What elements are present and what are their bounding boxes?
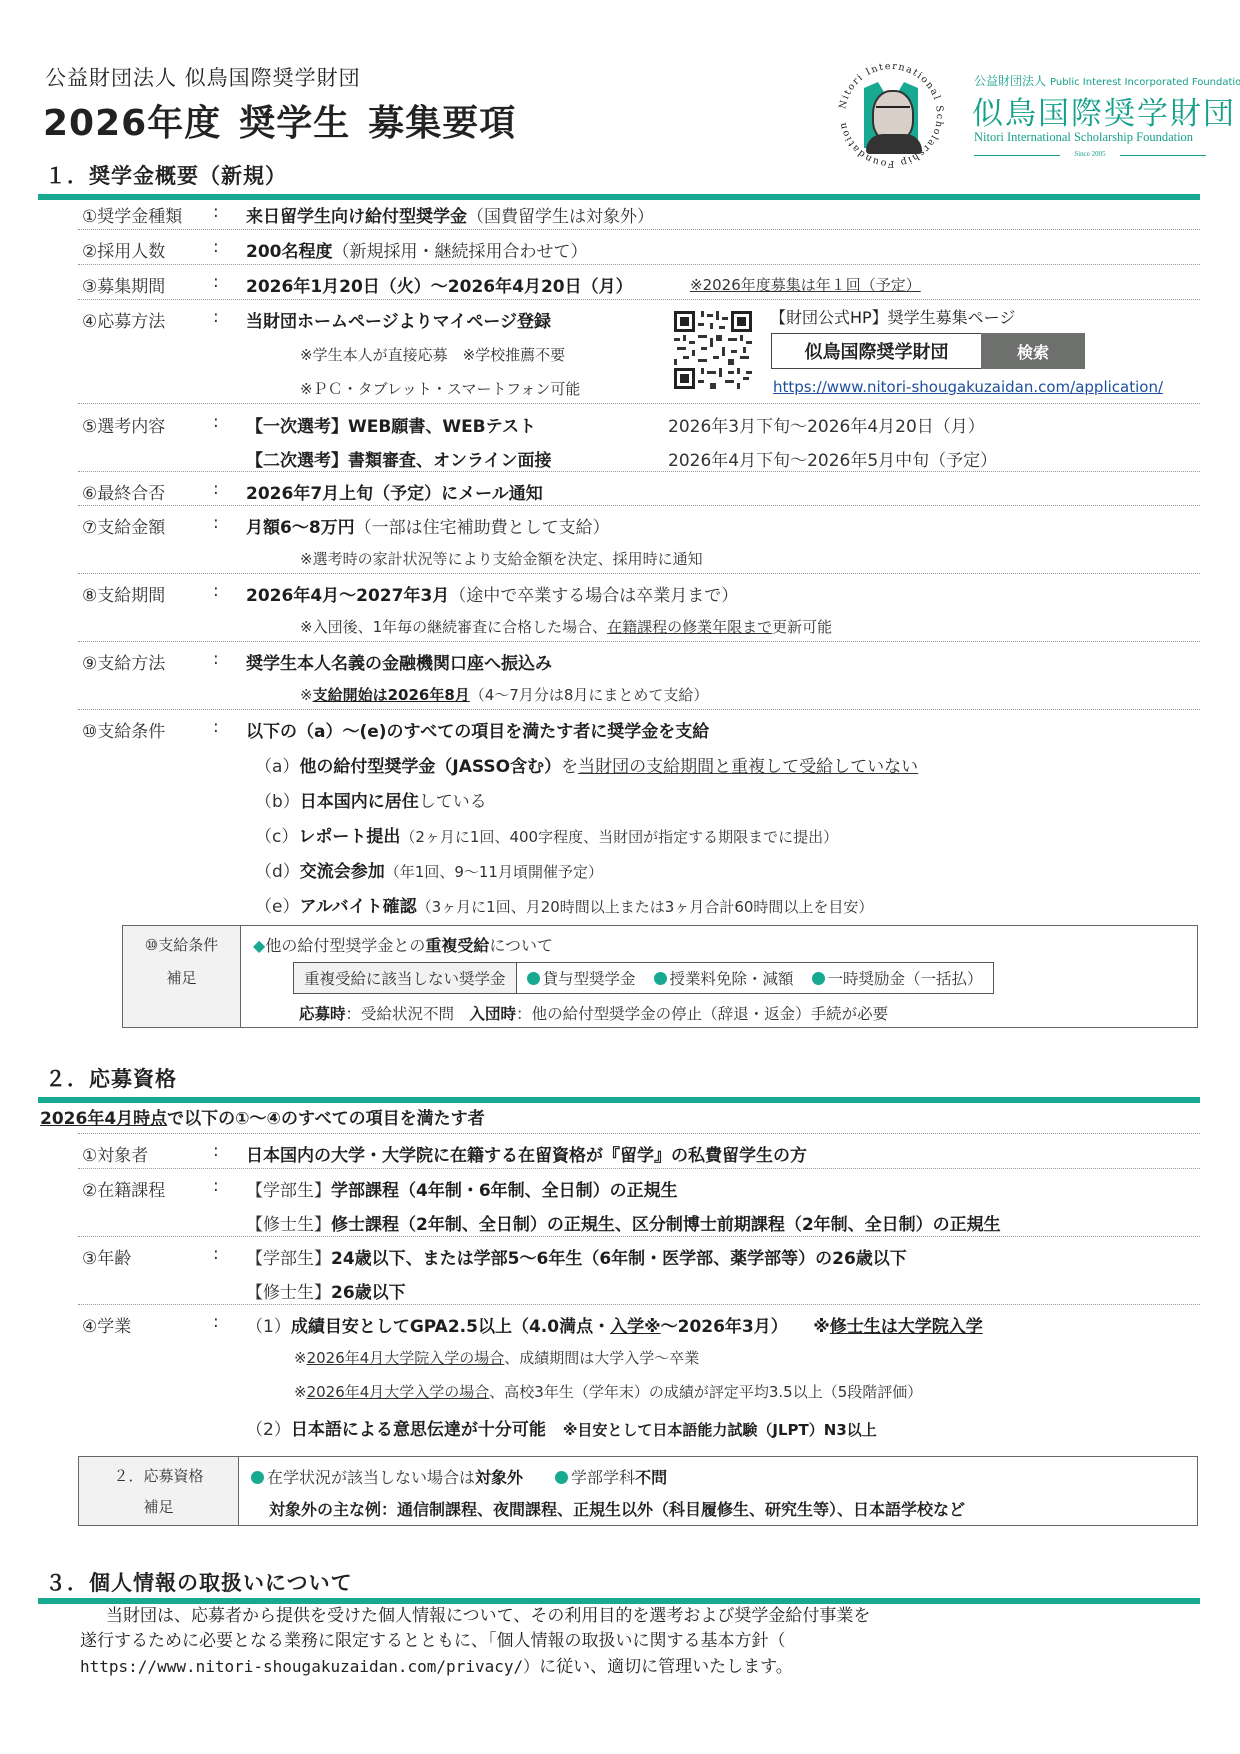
qr-code-icon[interactable] xyxy=(674,311,752,389)
row-note: （新規採用・継続採用合わせて） xyxy=(333,242,588,262)
non-duplicate-header: 重複受給に該当しない奨学金 xyxy=(294,963,517,993)
condition-title: 日本国内に居住 xyxy=(300,792,419,812)
condition-text: している xyxy=(419,792,487,812)
search-button[interactable]: 検索 xyxy=(981,333,1085,369)
row-note: ※2026年度募集は年１回（予定） xyxy=(690,274,921,295)
logo-subtitle: 公益財団法人Public Interest Incorporated Found… xyxy=(974,72,1240,89)
official-hp-label: 【財団公式HP】奨学生募集ページ xyxy=(770,305,1015,328)
condition-e: （e）アルバイト確認（3ヶ月に1回、月20時間以上または3ヶ月合計60時間以上を… xyxy=(255,892,1240,917)
condition-id: （e） xyxy=(255,897,299,917)
dotted-divider xyxy=(78,1236,1200,1237)
row-note: ※学生本人が直接応募 ※学校推薦不要 xyxy=(300,344,565,365)
dotted-divider xyxy=(78,573,1200,574)
dotted-divider xyxy=(78,299,1200,300)
section-3-title: ３．個人情報の取扱いについて xyxy=(45,1567,353,1597)
row-label: ①奨学金種類 xyxy=(82,202,182,227)
condition-title: 交流会参加 xyxy=(300,862,385,882)
privacy-url-link[interactable]: https://www.nitori-shougakuzaidan.com/pr… xyxy=(80,1657,539,1676)
diamond-bullet-icon: ◆ xyxy=(253,936,265,955)
row-colon: : xyxy=(213,649,219,669)
selection-stage-2: 【二次選考】書類審査、オンライン面接 xyxy=(246,446,552,471)
supplement-label: ⑩支給条件 補足 xyxy=(123,926,241,1027)
academic-item-2: （2）日本語による意思伝達が十分可能 ※目安として日本語能力試験（JLPT）N3… xyxy=(246,1415,877,1440)
condition-title: レポート提出 xyxy=(298,827,400,847)
portrait-suit xyxy=(866,134,922,154)
row-note: （国費留学生は対象外） xyxy=(467,207,654,227)
condition-text: を xyxy=(561,757,578,777)
row-value: 以下の（a）～(e)のすべての項目を満たす者に奨学金を支給 xyxy=(246,717,709,742)
supplement-label-line1: ⑩支給条件 xyxy=(123,934,240,955)
supplement-label-line2: 補足 xyxy=(123,967,240,988)
title-guideline: 募集要項 xyxy=(368,103,516,144)
condition-title: 他の給付型奨学金（JASSO含む） xyxy=(299,757,561,777)
non-duplicate-item: 授業料免除・減額 xyxy=(654,967,794,989)
organization-name: 公益財団法人 似鳥国際奨学財団 xyxy=(45,62,361,92)
row-label: ⑤選考内容 xyxy=(82,412,165,437)
row-label: ③募集期間 xyxy=(82,272,165,297)
row-label: ⑨支給方法 xyxy=(82,649,165,674)
row-value: 当財団ホームページよりマイページ登録 xyxy=(246,312,551,332)
supplement-heading: ◆他の給付型奨学金との重複受給について xyxy=(253,933,553,956)
bullet-dot-icon xyxy=(527,972,540,985)
row-subnote: ※選考時の家計状況等により支給金額を決定、採用時に通知 xyxy=(300,548,703,569)
supplement-label: ２．応募資格 補足 xyxy=(79,1457,239,1525)
row-colon: : xyxy=(213,479,219,499)
condition-c: （c）レポート提出（2ヶ月に1回、400字程度、当財団が指定する期限までに提出） xyxy=(255,822,1240,847)
condition-underline: 当財団の支給期間と重複して受給していない xyxy=(578,757,918,777)
page-title: 2026年度奨学生募集要項 xyxy=(43,95,534,146)
supplement-label-line1: ２．応募資格 xyxy=(79,1465,238,1486)
dotted-divider xyxy=(78,505,1200,506)
row-colon: : xyxy=(213,581,219,601)
row-colon: : xyxy=(213,1176,219,1196)
condition-d: （d）交流会参加（年1回、9～11月頃開催予定） xyxy=(255,857,1240,882)
search-input[interactable]: 似鳥国際奨学財団 xyxy=(771,333,981,369)
title-scholar: 奨学生 xyxy=(239,103,350,144)
condition-id: （c） xyxy=(255,827,298,847)
row-label: ①対象者 xyxy=(82,1141,148,1166)
condition-text: （年1回、9～11月頃開催予定） xyxy=(385,863,603,881)
selection-stage-2-date: 2026年4月下旬～2026年5月中旬（予定） xyxy=(668,446,997,471)
academic-item-1: （1）成績目安としてGPA2.5以上（4.0満点・入学※～2026年3月） ※修… xyxy=(246,1312,983,1337)
bullet-dot-icon xyxy=(251,1471,264,1484)
foundation-logo: Nitori International Scholarship Foundat… xyxy=(836,60,1206,170)
row-value: 月額6～8万円 xyxy=(246,518,355,538)
dotted-divider xyxy=(78,1133,1200,1134)
eligibility-supplement-box: ２．応募資格 補足 在学状況が該当しない場合は対象外 学部学科不問 対象外の主な… xyxy=(78,1456,1198,1526)
row-label: ④学業 xyxy=(82,1312,131,1337)
row-label: ⑦支給金額 xyxy=(82,513,165,538)
row-colon: : xyxy=(213,513,219,533)
title-year: 2026年度 xyxy=(43,103,221,144)
row-colon: : xyxy=(213,307,219,327)
condition-text: （2ヶ月に1回、400字程度、当財団が指定する期限までに提出） xyxy=(400,828,838,846)
row-colon: : xyxy=(213,202,219,222)
row-value: 2026年1月20日（火）～2026年4月20日（月） xyxy=(246,277,633,297)
privacy-line-2: 遂行するために必要となる業務に限定するとともに、「個人情報の取扱いに関する基本方… xyxy=(80,1629,786,1654)
conditions-supplement-box: ⑩支給条件 補足 ◆他の給付型奨学金との重複受給について 重複受給に該当しない奨… xyxy=(122,925,1198,1028)
non-duplicate-item: 貸与型奨学金 xyxy=(527,967,636,989)
row-note: ※ＰＣ・タブレット・スマートフォン可能 xyxy=(300,378,580,399)
bullet-dot-icon xyxy=(555,1471,568,1484)
row-subnote: ※入団後、1年毎の継続審査に合格した場合、在籍課程の修業年限まで更新可能 xyxy=(300,616,832,637)
selection-stage-1-date: 2026年3月下旬～2026年4月20日（月） xyxy=(668,412,985,437)
bullet-dot-icon xyxy=(812,972,825,985)
dotted-divider xyxy=(78,471,1200,472)
row-value: 2026年7月上旬（予定）にメール通知 xyxy=(246,479,543,504)
row-note: （途中で卒業する場合は卒業月まで） xyxy=(449,586,738,606)
row-colon: : xyxy=(213,412,219,432)
excluded-examples: 対象外の主な例：通信制課程、夜間課程、正規生以外（科目履修生、研究生等）、日本語… xyxy=(269,1497,965,1520)
row-note: （一部は住宅補助費として支給） xyxy=(355,518,610,538)
academic-note-1: ※2026年4月大学院入学の場合、成績期間は大学入学～卒業 xyxy=(294,1347,699,1368)
condition-b: （b）日本国内に居住している xyxy=(255,787,1240,812)
section-1-title: １．奨学金概要（新規） xyxy=(45,160,287,190)
non-duplicate-item: 一時奨励金（一括払） xyxy=(812,967,983,989)
row-colon: : xyxy=(213,237,219,257)
row-label: ④応募方法 xyxy=(82,307,165,332)
dotted-divider xyxy=(78,1304,1200,1305)
dotted-divider xyxy=(78,229,1200,230)
logo-name-en: Nitori International Scholarship Foundat… xyxy=(974,130,1193,145)
row-colon: : xyxy=(213,1312,219,1332)
dotted-divider xyxy=(78,1168,1200,1169)
row-value: 2026年4月～2027年3月 xyxy=(246,586,449,606)
row-subnote: ※支給開始は2026年8月（4～7月分は8月にまとめて支給） xyxy=(300,684,708,705)
condition-a: （a）他の給付型奨学金（JASSO含む）を当財団の支給期間と重複して受給していな… xyxy=(255,752,1240,777)
non-duplicate-scholarships-box: 重複受給に該当しない奨学金 貸与型奨学金 授業料免除・減額 一時奨励金（一括払） xyxy=(293,962,994,994)
logo-name-jp: 似鳥国際奨学財団 xyxy=(972,88,1236,133)
dotted-divider xyxy=(78,641,1200,642)
supplement-bullets: 在学状況が該当しない場合は対象外 学部学科不問 xyxy=(251,1465,667,1488)
eligibility-intro: 2026年4月時点で以下の①～④のすべての項目を満たす者 xyxy=(40,1104,485,1129)
row-label: ②在籍課程 xyxy=(82,1176,165,1201)
row-value: 日本国内の大学・大学院に在籍する在留資格が『留学』の私費留学生の方 xyxy=(246,1141,807,1166)
row-label: ③年齢 xyxy=(82,1244,131,1269)
condition-id: （d） xyxy=(255,862,300,882)
row-colon: : xyxy=(213,717,219,737)
privacy-line-3: https://www.nitori-shougakuzaidan.com/pr… xyxy=(80,1654,793,1680)
row-label: ⑧支給期間 xyxy=(82,581,165,606)
dotted-divider xyxy=(78,264,1200,265)
row-colon: : xyxy=(213,272,219,292)
bullet-dot-icon xyxy=(654,972,667,985)
row-colon: : xyxy=(213,1141,219,1161)
row-colon: : xyxy=(213,1244,219,1264)
condition-title: アルバイト確認 xyxy=(299,897,416,917)
condition-text: （3ヶ月に1回、月20時間以上または3ヶ月合計60時間以上を目安） xyxy=(417,898,874,916)
section-1-divider xyxy=(38,194,1200,200)
row-value: 来日留学生向け給付型奨学金 xyxy=(246,207,467,227)
apply-join-note: 応募時：受給状況不問 入団時：他の給付型奨学金の停止（辞退・返金）手続が必要 xyxy=(299,1002,888,1024)
row-value: 200名程度 xyxy=(246,242,333,262)
portrait-glasses xyxy=(876,106,910,114)
section-2-divider xyxy=(38,1097,1200,1103)
row-label: ⑩支給条件 xyxy=(82,717,165,742)
privacy-line-1: 当財団は、応募者から提供を受けた個人情報について、その利用目的を選考および奨学金… xyxy=(106,1604,870,1629)
row-label: ⑥最終合否 xyxy=(82,479,165,504)
row-value: 奨学生本人名義の金融機関口座へ振込み xyxy=(246,649,552,674)
row-label: ②採用人数 xyxy=(82,237,165,262)
section-2-title: ２．応募資格 xyxy=(45,1063,177,1093)
condition-id: （b） xyxy=(255,792,300,812)
supplement-label-line2: 補足 xyxy=(79,1496,238,1517)
condition-id: （a） xyxy=(255,757,299,777)
application-url-link[interactable]: https://www.nitori-shougakuzaidan.com/ap… xyxy=(773,378,1163,396)
dotted-divider xyxy=(78,709,1200,710)
logo-since: Since 2005 xyxy=(974,150,1206,158)
dotted-divider xyxy=(78,403,1200,404)
selection-stage-1: 【一次選考】WEB願書、WEBテスト xyxy=(246,412,536,437)
academic-note-2: ※2026年4月大学入学の場合、高校3年生（学年末）の成績が評定平均3.5以上（… xyxy=(294,1381,922,1402)
